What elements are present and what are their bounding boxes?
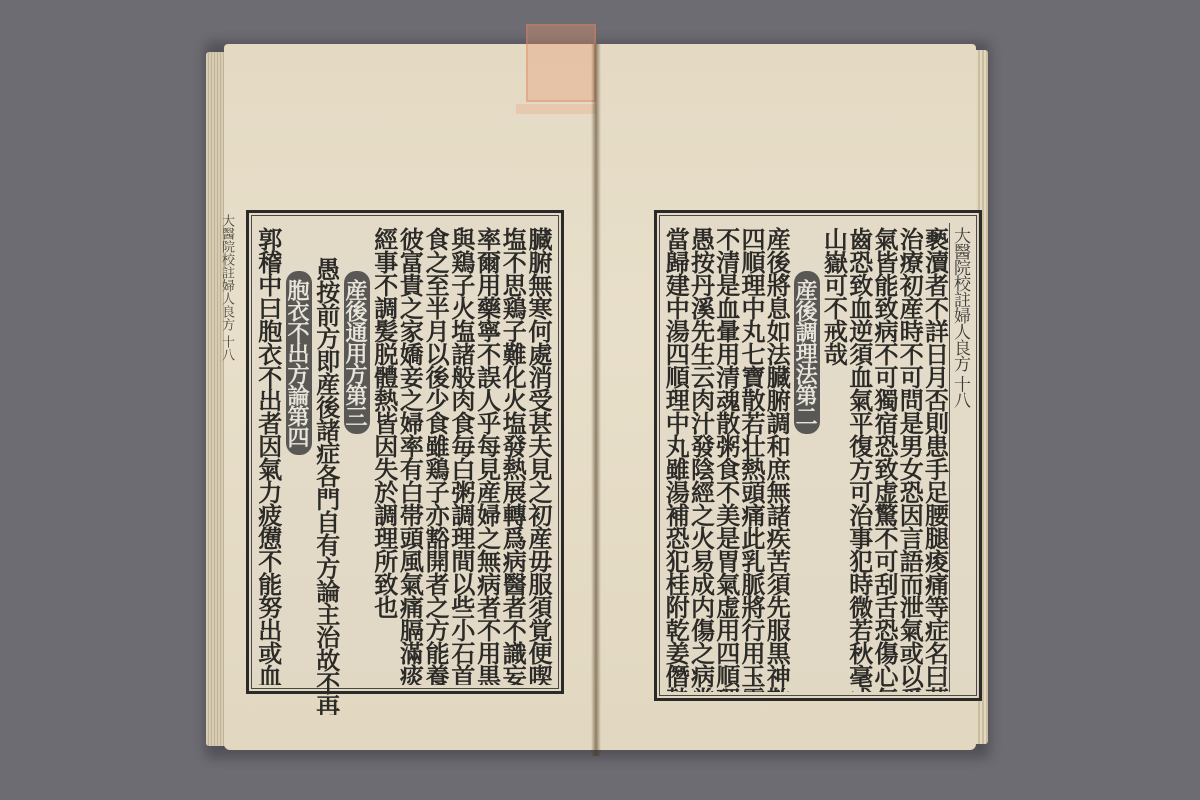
text-column: 臓腑無寒何處消受甚夫見之初産毋服須覚便喫鶏子火 — [527, 223, 553, 685]
left-page: 大醫院校註婦人良方 十八 臓腑無寒何處消受甚夫見之初産毋服須覚便喫鶏子火 塩不思… — [224, 44, 596, 750]
left-text-columns: 臓腑無寒何處消受甚夫見之初産毋服須覚便喫鶏子火 塩不思鶏子難化火塩發熱展轉爲病醫… — [257, 223, 553, 681]
text-column: 治療初産時不可問是男女恐因言語而泄氣或以愛憎而動 — [899, 223, 924, 692]
margin-column: 大醫院校註婦人良方 十八 — [949, 223, 971, 692]
text-column: 氣皆能致病不可獨宿恐致虚驚不可刮舌恐傷心氣不可刷 — [874, 223, 899, 692]
text-column: 食之至半月以後少食雖鶏子亦豁開者之方能養胃却疾 — [424, 223, 450, 685]
text-column: 彼富貴之家嬌妾之婦率有白帯頭風氣痛膈滿痰逆口乾 — [399, 223, 425, 685]
right-page: 大醫院校註婦人良方 十八 褻瀆者不詳日月否則患手足腰腿痠痛等症名曰蓐勞最難 治療… — [596, 44, 976, 750]
left-edge-margin-text: 大醫院校註婦人良方 十八 — [220, 214, 236, 684]
book-spine-gutter — [591, 44, 601, 756]
text-column: 産後將息如法臓腑調和庶無諸疾苦須先服黒神散四物湯 — [766, 223, 791, 692]
section-heading-label: 産後通用方第三 — [344, 271, 370, 434]
text-column: 褻瀆者不詳日月否則患手足腰腿痠痛等症名曰蓐勞最難 — [924, 223, 949, 692]
right-text-columns: 大醫院校註婦人良方 十八 褻瀆者不詳日月否則患手足腰腿痠痛等症名曰蓐勞最難 治療… — [665, 223, 971, 688]
red-seal-stamp — [526, 24, 596, 102]
right-print-frame: 大醫院校註婦人良方 十八 褻瀆者不詳日月否則患手足腰腿痠痛等症名曰蓐勞最難 治療… — [654, 210, 982, 701]
text-column: 郭稽中曰胞衣不出者因氣力疲憊不能努出或血入衣中脹 — [257, 223, 283, 685]
text-column: 愚按前方即産後諸症各門自有方論主治故不再録 — [315, 223, 341, 715]
text-column: 愚按丹溪先生云肉汁發陰經之火易成内傷之病當歸丸 — [690, 223, 715, 692]
text-column: 率爾用藥寧不誤人乎每見産婦之無病者不用黒神散 — [476, 223, 502, 685]
text-column: 山嶽可不戒哉 — [823, 223, 848, 692]
text-column: 四順理中丸七寶散若壮熱頭痛此乳脈將行用玉露散頭目 — [741, 223, 766, 692]
text-column: 塩不思鶏子難化火塩發熱展轉爲病醫者不識妄指他病 — [502, 223, 528, 685]
left-print-frame: 臓腑無寒何處消受甚夫見之初産毋服須覚便喫鶏子火 塩不思鶏子難化火塩發熱展轉爲病醫… — [246, 210, 564, 694]
section-heading-label: 胞衣不出方論第四 — [286, 271, 312, 455]
text-column: 不清是血暈用清魂散粥食不美是胃氣虚用四順理中丸 — [715, 223, 740, 692]
open-book: 大醫院校註婦人良方 十八 臓腑無寒何處消受甚夫見之初産毋服須覚便喫鶏子火 塩不思… — [206, 44, 988, 756]
text-column: 齒恐致血逆須血氣平復方可治事犯時微若秋毫成病重如 — [848, 223, 873, 692]
book-title-margin: 大醫院校註婦人良方 十八 — [950, 227, 970, 407]
text-column: 與鶏子火塩諸般肉食毎白粥調理間以些小石首魚乾淡 — [450, 223, 476, 685]
text-column: 經事不調髪脱體熱皆因失於調理所致也 — [373, 223, 399, 685]
text-column: 當歸建中湯四順理中丸雖湯補恐犯桂附乾姜僭熱之劑 — [665, 223, 690, 692]
section-heading-label: 産後調理法第二 — [794, 271, 820, 434]
